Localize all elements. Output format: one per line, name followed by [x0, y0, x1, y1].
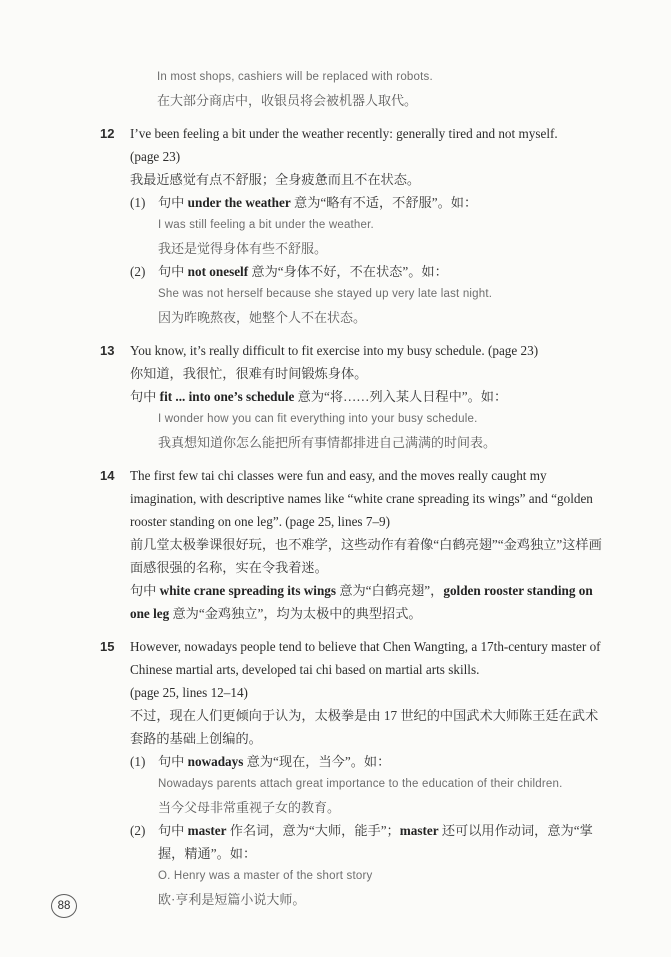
subitem-label: (2) [130, 260, 158, 329]
note-pre: 句中 [158, 823, 188, 838]
subitem-1: (1) 句中 nowadays 意为“现在，当今”。如： Nowadays pa… [130, 750, 608, 819]
subitem-note: 句中 nowadays 意为“现在，当今”。如： [158, 750, 608, 773]
note-term: white crane spreading its wings [160, 583, 336, 598]
item-body: However, nowadays people tend to believe… [130, 635, 608, 911]
item-translation: 我最近感觉有点不舒服；全身疲惫而且不在状态。 [130, 168, 608, 191]
note-term: master [188, 823, 227, 838]
note-pre: 句中 [130, 583, 160, 598]
example-zh: 我还是觉得身体有些不舒服。 [158, 237, 608, 260]
note-term: nowadays [188, 754, 244, 769]
note-term: fit ... into one’s schedule [160, 389, 295, 404]
item-13: 13 You know, it’s really difficult to fi… [100, 339, 608, 454]
example-zh: 欧·亨利是短篇小说大师。 [158, 888, 608, 911]
subitem-label: (1) [130, 191, 158, 260]
note-pre: 句中 [158, 195, 188, 210]
subitem-body: 句中 not oneself 意为“身体不好，不在状态”。如： She was … [158, 260, 608, 329]
note-term-2: master [400, 823, 439, 838]
subitem-2: (2) 句中 not oneself 意为“身体不好，不在状态”。如： She … [130, 260, 608, 329]
subitem-note: 句中 not oneself 意为“身体不好，不在状态”。如： [158, 260, 608, 283]
note-post: 意为“金鸡独立”，均为太极中的典型招式。 [169, 606, 421, 621]
item-translation: 你知道，我很忙，很难有时间锻炼身体。 [130, 362, 608, 385]
note-post: 意为“将……列入某人日程中”。如： [294, 389, 507, 404]
example-en: She was not herself because she stayed u… [158, 283, 608, 306]
item-sentence: I’ve been feeling a bit under the weathe… [130, 126, 558, 141]
item-sentence: You know, it’s really difficult to fit e… [130, 339, 608, 362]
item-number: 13 [100, 339, 130, 454]
note-post: 意为“身体不好，不在状态”。如： [248, 264, 448, 279]
subitem-body: 句中 master 作名词，意为“大师，能手”；master 还可以用作动词，意… [158, 819, 608, 911]
subitem-body: 句中 under the weather 意为“略有不适，不舒服”。如： I w… [158, 191, 608, 260]
item-12: 12 I’ve been feeling a bit under the wea… [100, 122, 608, 329]
note-post: 意为“略有不适，不舒服”。如： [291, 195, 477, 210]
page-number: 88 [58, 900, 71, 912]
subitem-1: (1) 句中 under the weather 意为“略有不适，不舒服”。如：… [130, 191, 608, 260]
carryover-example: In most shops, cashiers will be replaced… [157, 66, 608, 112]
subitem-note: 句中 under the weather 意为“略有不适，不舒服”。如： [158, 191, 608, 214]
item-body: I’ve been feeling a bit under the weathe… [130, 122, 608, 329]
example-en: I was still feeling a bit under the weat… [158, 214, 608, 237]
textbook-page: In most shops, cashiers will be replaced… [0, 0, 671, 957]
subitem-label: (2) [130, 819, 158, 911]
note-term: not oneself [188, 264, 248, 279]
example-zh: 因为昨晚熬夜，她整个人不在状态。 [158, 306, 608, 329]
note-mid: 意为“白鹤亮翅”， [336, 583, 443, 598]
subitem-label: (1) [130, 750, 158, 819]
item-number: 14 [100, 464, 130, 625]
item-14: 14 The first few tai chi classes were fu… [100, 464, 608, 625]
item-body: The first few tai chi classes were fun a… [130, 464, 608, 625]
note-term: under the weather [188, 195, 291, 210]
subitem-2: (2) 句中 master 作名词，意为“大师，能手”；master 还可以用作… [130, 819, 608, 911]
example-en: O. Henry was a master of the short story [158, 865, 608, 888]
item-number: 15 [100, 635, 130, 911]
item-translation: 前几堂太极拳课很好玩，也不难学，这些动作有着像“白鹤亮翅”“金鸡独立”这样画面感… [130, 533, 608, 579]
note-pre: 句中 [158, 754, 188, 769]
page-number-badge: 88 [51, 894, 77, 918]
note-pre: 句中 [158, 264, 188, 279]
item-page-ref: (page 25, lines 12–14) [130, 681, 608, 704]
item-15: 15 However, nowadays people tend to beli… [100, 635, 608, 911]
item-number: 12 [100, 122, 130, 329]
note-post: 意为“现在，当今”。如： [243, 754, 390, 769]
carryover-example-zh: 在大部分商店中，收银员将会被机器人取代。 [157, 89, 608, 112]
subitem-body: 句中 nowadays 意为“现在，当今”。如： Nowadays parent… [158, 750, 608, 819]
item-sentence: The first few tai chi classes were fun a… [130, 464, 608, 533]
page-content: In most shops, cashiers will be replaced… [100, 66, 608, 911]
example-zh: 我真想知道你怎么能把所有事情都排进自己满满的时间表。 [158, 431, 608, 454]
item-page-ref: (page 23) [130, 145, 608, 168]
example-en: I wonder how you can fit everything into… [158, 408, 608, 431]
item-note: 句中 white crane spreading its wings 意为“白鹤… [130, 579, 608, 625]
carryover-example-en: In most shops, cashiers will be replaced… [157, 66, 608, 89]
item-note: 句中 fit ... into one’s schedule 意为“将……列入某… [130, 385, 608, 408]
note-pre: 句中 [130, 389, 160, 404]
note-mid: 作名词，意为“大师，能手”； [226, 823, 399, 838]
item-translation: 不过，现在人们更倾向于认为，太极拳是由 17 世纪的中国武术大师陈王廷在武术套路… [130, 704, 608, 750]
subitem-note: 句中 master 作名词，意为“大师，能手”；master 还可以用作动词，意… [158, 819, 608, 865]
example-zh: 当今父母非常重视子女的教育。 [158, 796, 608, 819]
item-sentence: However, nowadays people tend to believe… [130, 639, 601, 677]
example-en: Nowadays parents attach great importance… [158, 773, 608, 796]
item-body: You know, it’s really difficult to fit e… [130, 339, 608, 454]
